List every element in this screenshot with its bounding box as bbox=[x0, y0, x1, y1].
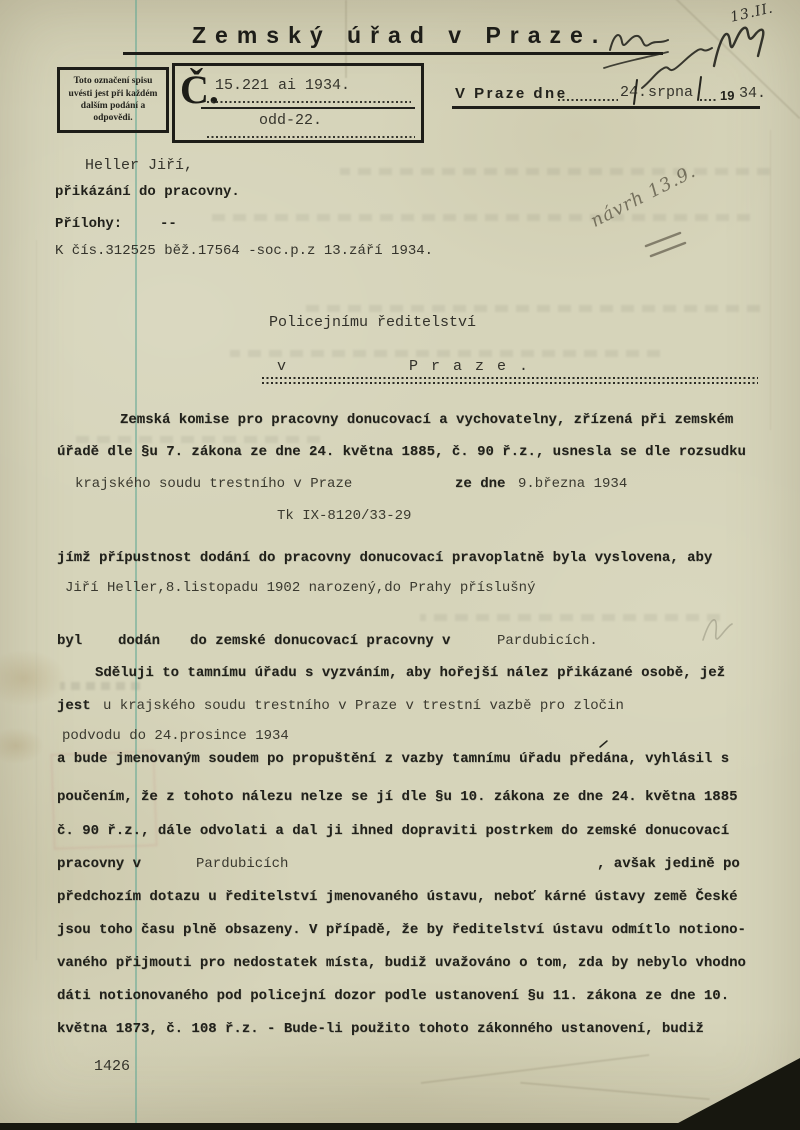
typewritten-text: Pardubicích. bbox=[497, 633, 598, 649]
form-printed-text: Zemská komise pro pracovny donucovací a … bbox=[120, 412, 733, 428]
form-number: 1426 bbox=[94, 1058, 130, 1075]
letter-paper: Zemský úřad v Praze. Toto označení spisu… bbox=[0, 0, 800, 1130]
body-line: a bude jmenovaným soudem po propuštění z… bbox=[0, 751, 800, 771]
form-printed-text: do zemské donucovací pracovny v bbox=[190, 633, 450, 649]
form-printed-text: jsou toho času plně obsazeny. V případě,… bbox=[57, 922, 746, 938]
body-line: byldodándo zemské donucovací pracovny vP… bbox=[0, 633, 800, 653]
body-line: pracovny vPardubicích, avšak jedině po bbox=[0, 856, 800, 876]
body-line: krajského soudu trestního v Prazeze dne9… bbox=[0, 476, 800, 496]
typewritten-text: Jiří Heller,8.listopadu 1902 narozený,do… bbox=[65, 580, 535, 596]
typewritten-text: krajského soudu trestního v Praze bbox=[75, 476, 352, 492]
form-printed-text: Sděluji to tamnímu úřadu s vyzváním, aby… bbox=[95, 665, 725, 681]
body-line: dáti notionovaného pod policejní dozor p… bbox=[0, 988, 800, 1008]
form-printed-text: úřadě dle §u 7. zákona ze dne 24. května… bbox=[57, 444, 746, 460]
typewritten-text: Tk IX-8120/33-29 bbox=[277, 508, 411, 524]
body-line: jsou toho času plně obsazeny. V případě,… bbox=[0, 922, 800, 942]
form-printed-text: jest bbox=[57, 698, 91, 714]
body-line: Zemská komise pro pracovny donucovací a … bbox=[0, 412, 800, 432]
typewritten-text: Pardubicích bbox=[196, 856, 288, 872]
body-line: poučením, že z tohoto nálezu nelze se jí… bbox=[0, 789, 800, 809]
form-printed-text: byl bbox=[57, 633, 82, 649]
body-line: č. 90 ř.z., dále odvolati a dal ji ihned… bbox=[0, 823, 800, 843]
form-printed-text: dáti notionovaného pod policejní dozor p… bbox=[57, 988, 729, 1004]
typewritten-text: podvodu do 24.prosince 1934 bbox=[62, 728, 289, 744]
form-printed-text: května 1873, č. 108 ř.z. - Bude-li použi… bbox=[57, 1021, 704, 1037]
body-line: jestu krajského soudu trestního v Praze … bbox=[0, 698, 800, 718]
form-printed-text: pracovny v bbox=[57, 856, 141, 872]
form-printed-text: a bude jmenovaným soudem po propuštění z… bbox=[57, 751, 729, 767]
typewritten-text: u krajského soudu trestního v Praze v tr… bbox=[103, 698, 624, 714]
form-printed-text: poučením, že z tohoto nálezu nelze se jí… bbox=[57, 789, 738, 805]
typewritten-text: 9.března 1934 bbox=[518, 476, 627, 492]
form-printed-text: jímž přípustnost dodání do pracovny donu… bbox=[57, 550, 712, 566]
body-line: úřadě dle §u 7. zákona ze dne 24. května… bbox=[0, 444, 800, 464]
form-printed-text: č. 90 ř.z., dále odvolati a dal ji ihned… bbox=[57, 823, 729, 839]
form-printed-text: ze dne bbox=[455, 476, 505, 492]
form-printed-text: předchozím dotazu u ředitelství jmenovan… bbox=[57, 889, 738, 905]
body-line: podvodu do 24.prosince 1934 bbox=[0, 728, 800, 748]
form-printed-text: vaného přijmouti pro nedostatek místa, b… bbox=[57, 955, 746, 971]
form-printed-text: , avšak jedině po bbox=[597, 856, 740, 872]
body-text: Zemská komise pro pracovny donucovací a … bbox=[0, 0, 800, 1130]
body-line: Jiří Heller,8.listopadu 1902 narozený,do… bbox=[0, 580, 800, 600]
body-line: května 1873, č. 108 ř.z. - Bude-li použi… bbox=[0, 1021, 800, 1041]
body-line: vaného přijmouti pro nedostatek místa, b… bbox=[0, 955, 800, 975]
form-printed-text: dodán bbox=[118, 633, 160, 649]
body-line: Tk IX-8120/33-29 bbox=[0, 508, 800, 528]
body-line: předchozím dotazu u ředitelství jmenovan… bbox=[0, 889, 800, 909]
body-line: Sděluji to tamnímu úřadu s vyzváním, aby… bbox=[0, 665, 800, 685]
body-line: jímž přípustnost dodání do pracovny donu… bbox=[0, 550, 800, 570]
